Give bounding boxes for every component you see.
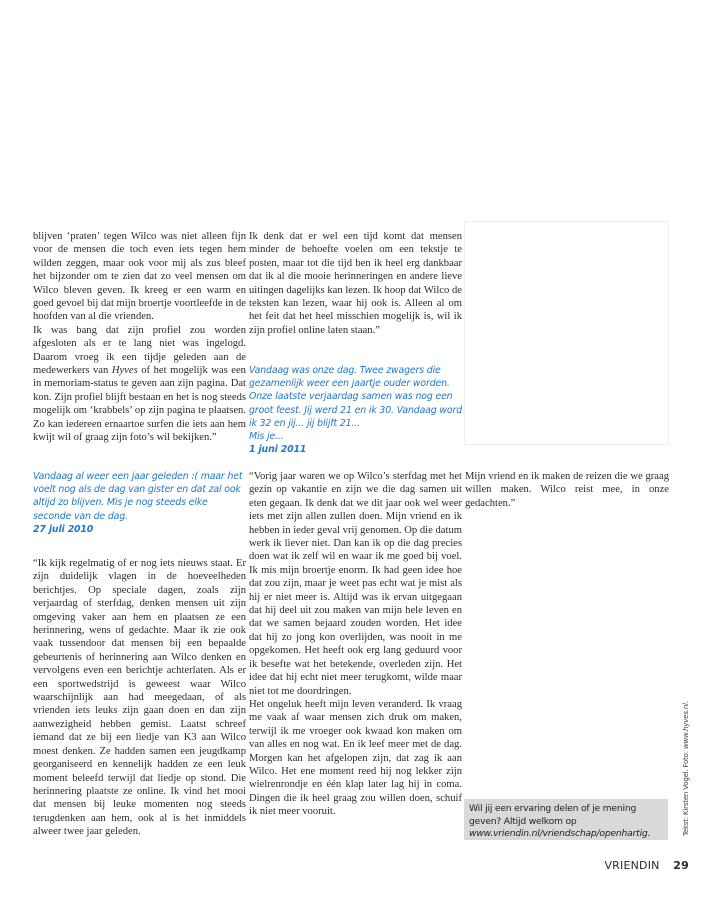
quote-text: Vandaag was onze dag. Twee zwagers die g… — [249, 364, 464, 430]
paragraph: Mijn vriend en ik maken de reizen die we… — [465, 470, 669, 510]
paragraph: Ik was bang dat zijn profiel zou worden … — [33, 324, 246, 445]
callout-link[interactable]: www.vriendin.nl/vriendschap/openhartig. — [469, 828, 663, 841]
top-column-2: Ik denk dat er wel een tijd komt dat men… — [249, 230, 462, 337]
quote-date: 27 juli 2010 — [33, 523, 248, 536]
top-column-1: blijven ‘praten’ tegen Wilco was niet al… — [33, 230, 246, 445]
bottom-column-3: Mijn vriend en ik maken de reizen die we… — [465, 470, 669, 510]
photo-credit: Tekst: Kirsten Vogel. Foto: www.hyves.nl… — [682, 701, 690, 836]
quote-date: 1 juni 2011 — [249, 443, 464, 456]
paragraph: Ik denk dat er wel een tijd komt dat men… — [249, 230, 462, 337]
hyves-name: Hyves — [112, 365, 138, 376]
photo-placeholder — [464, 221, 669, 445]
bottom-column-2: “Vorig jaar waren we op Wilco’s sterfdag… — [249, 470, 462, 819]
page-number: 29 — [673, 859, 689, 872]
paragraph: blijven ‘praten’ tegen Wilco was niet al… — [33, 230, 246, 324]
paragraph: “Ik kijk regelmatig of er nog iets nieuw… — [33, 557, 246, 839]
credit-site: www.hyves.nl — [682, 703, 690, 749]
page-footer: VRIENDIN 29 — [604, 859, 689, 872]
pull-quote-birthday: Vandaag was onze dag. Twee zwagers die g… — [249, 364, 464, 456]
quote-text: Mis je... — [249, 430, 464, 443]
callout-text: Wil jij een ervaring delen of je mening … — [469, 803, 636, 827]
quote-text: Vandaag al weer een jaar geleden :( maar… — [33, 470, 248, 523]
callout-box: Wil jij een ervaring delen of je mening … — [464, 799, 668, 840]
paragraph: “Vorig jaar waren we op Wilco’s sterfdag… — [249, 470, 462, 698]
bottom-column-1: “Ik kijk regelmatig of er nog iets nieuw… — [33, 557, 246, 839]
paragraph: Het ongeluk heeft mijn leven veranderd. … — [249, 698, 462, 819]
pull-quote-anniversary: Vandaag al weer een jaar geleden :( maar… — [33, 470, 248, 536]
magazine-name: VRIENDIN — [604, 859, 659, 872]
